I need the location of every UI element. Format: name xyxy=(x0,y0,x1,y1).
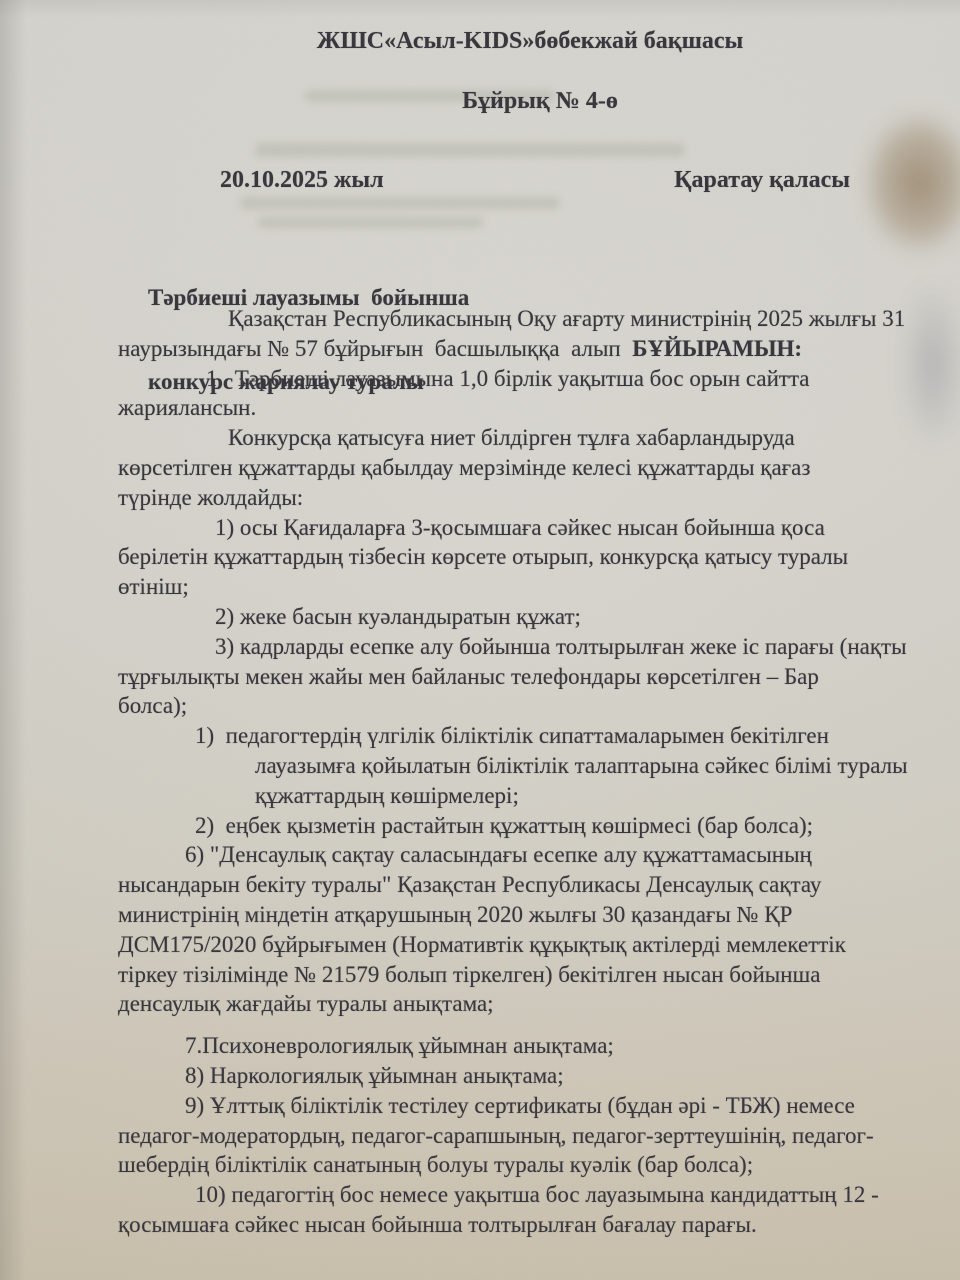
doc-line: 7.Психоневрологиялық ұйымнан анықтама; xyxy=(118,1031,930,1061)
doc-line: 3) кадрларды есепке алу бойынша толтырыл… xyxy=(118,632,930,662)
doc-line: өтініш; xyxy=(118,572,930,602)
doc-line: Конкурсқа қатысуға ниет білдірген тұлға … xyxy=(118,423,930,453)
doc-line: педагог-модератордың, педагог-сарапшының… xyxy=(118,1121,930,1151)
document-date: 20.10.2025 жыл xyxy=(220,167,384,194)
doc-line: 1) осы Қағидаларға 3-қосымшаға сәйкес ны… xyxy=(118,513,930,543)
doc-line: денсаулық жағдайы туралы анықтама; xyxy=(118,989,930,1019)
doc-line: ДСМ175/2020 бұйрығымен (Нормативтік құқы… xyxy=(118,930,930,960)
doc-line: наурызындағы № 57 бұйрығын басшылыққа ал… xyxy=(118,334,930,364)
order-number: Бұйрық № 4-ө xyxy=(110,88,960,115)
paper-edge-shadow-left xyxy=(0,0,26,1280)
doc-line: 8) Наркологиялық ұйымнан анықтама; xyxy=(118,1061,930,1091)
doc-line: 2) жеке басын куәландыратын құжат; xyxy=(118,602,930,632)
doc-line: 10) педагогтің бос немесе уақытша бос ла… xyxy=(118,1180,930,1210)
scanned-document-page: ЖШС«Асыл-KIDS»бөбекжай бақшасы Бұйрық № … xyxy=(0,0,960,1280)
doc-line: тіркеу тізілімінде № 21579 болып тіркелг… xyxy=(118,960,930,990)
doc-line: Қазақстан Республикасының Оқу ағарту мин… xyxy=(118,304,930,334)
doc-line-text: наурызындағы № 57 бұйрығын басшылыққа ал… xyxy=(118,336,632,361)
doc-line: 1. Тәрбиеші лауазымына 1,0 бірлік уақытш… xyxy=(118,364,930,394)
paper-edge-shadow-top xyxy=(0,0,960,18)
doc-line: тұрғылықты мекен жайы мен байланыс телеф… xyxy=(118,662,930,692)
document-body: Қазақстан Республикасының Оқу ағарту мин… xyxy=(118,304,930,1240)
ink-bleed-through xyxy=(240,197,560,209)
doc-line: жариялансын. xyxy=(118,393,930,423)
doc-line: 6) "Денсаулық сақтау саласындағы есепке … xyxy=(118,840,930,870)
doc-line: берілетін құжаттардың тізбесін көрсете о… xyxy=(118,542,930,572)
ink-bleed-through xyxy=(258,217,483,228)
doc-line: лауазымға қойылатын біліктілік талаптары… xyxy=(118,751,930,781)
doc-line: нысандарын бекіту туралы" Қазақстан Респ… xyxy=(118,870,930,900)
doc-line: түрінде жолдайды: xyxy=(118,483,930,513)
doc-line: шебердің біліктілік санатының болуы тура… xyxy=(118,1150,930,1180)
doc-line: 9) Ұлттық біліктілік тестілеу сертификат… xyxy=(118,1091,930,1121)
document-city: Қаратау қаласы xyxy=(674,167,850,194)
doc-line: болса); xyxy=(118,691,930,721)
doc-line: көрсетілген құжаттарды қабылдау мерзімін… xyxy=(118,453,930,483)
doc-line: құжаттардың көшірмелері; xyxy=(118,781,930,811)
order-verb: БҰЙЫРАМЫН: xyxy=(632,336,802,361)
doc-line: 2) еңбек қызметін растайтын құжаттың көш… xyxy=(118,811,930,841)
doc-line: министрінің міндетін атқарушының 2020 жы… xyxy=(118,900,930,930)
doc-line: қосымшаға сәйкес нысан бойынша толтырылғ… xyxy=(118,1210,930,1240)
doc-line: 1) педагогтердің үлгілік біліктілік сипа… xyxy=(118,721,930,751)
ink-bleed-through xyxy=(255,143,685,157)
organization-title: ЖШС«Асыл-KIDS»бөбекжай бақшасы xyxy=(100,28,960,55)
